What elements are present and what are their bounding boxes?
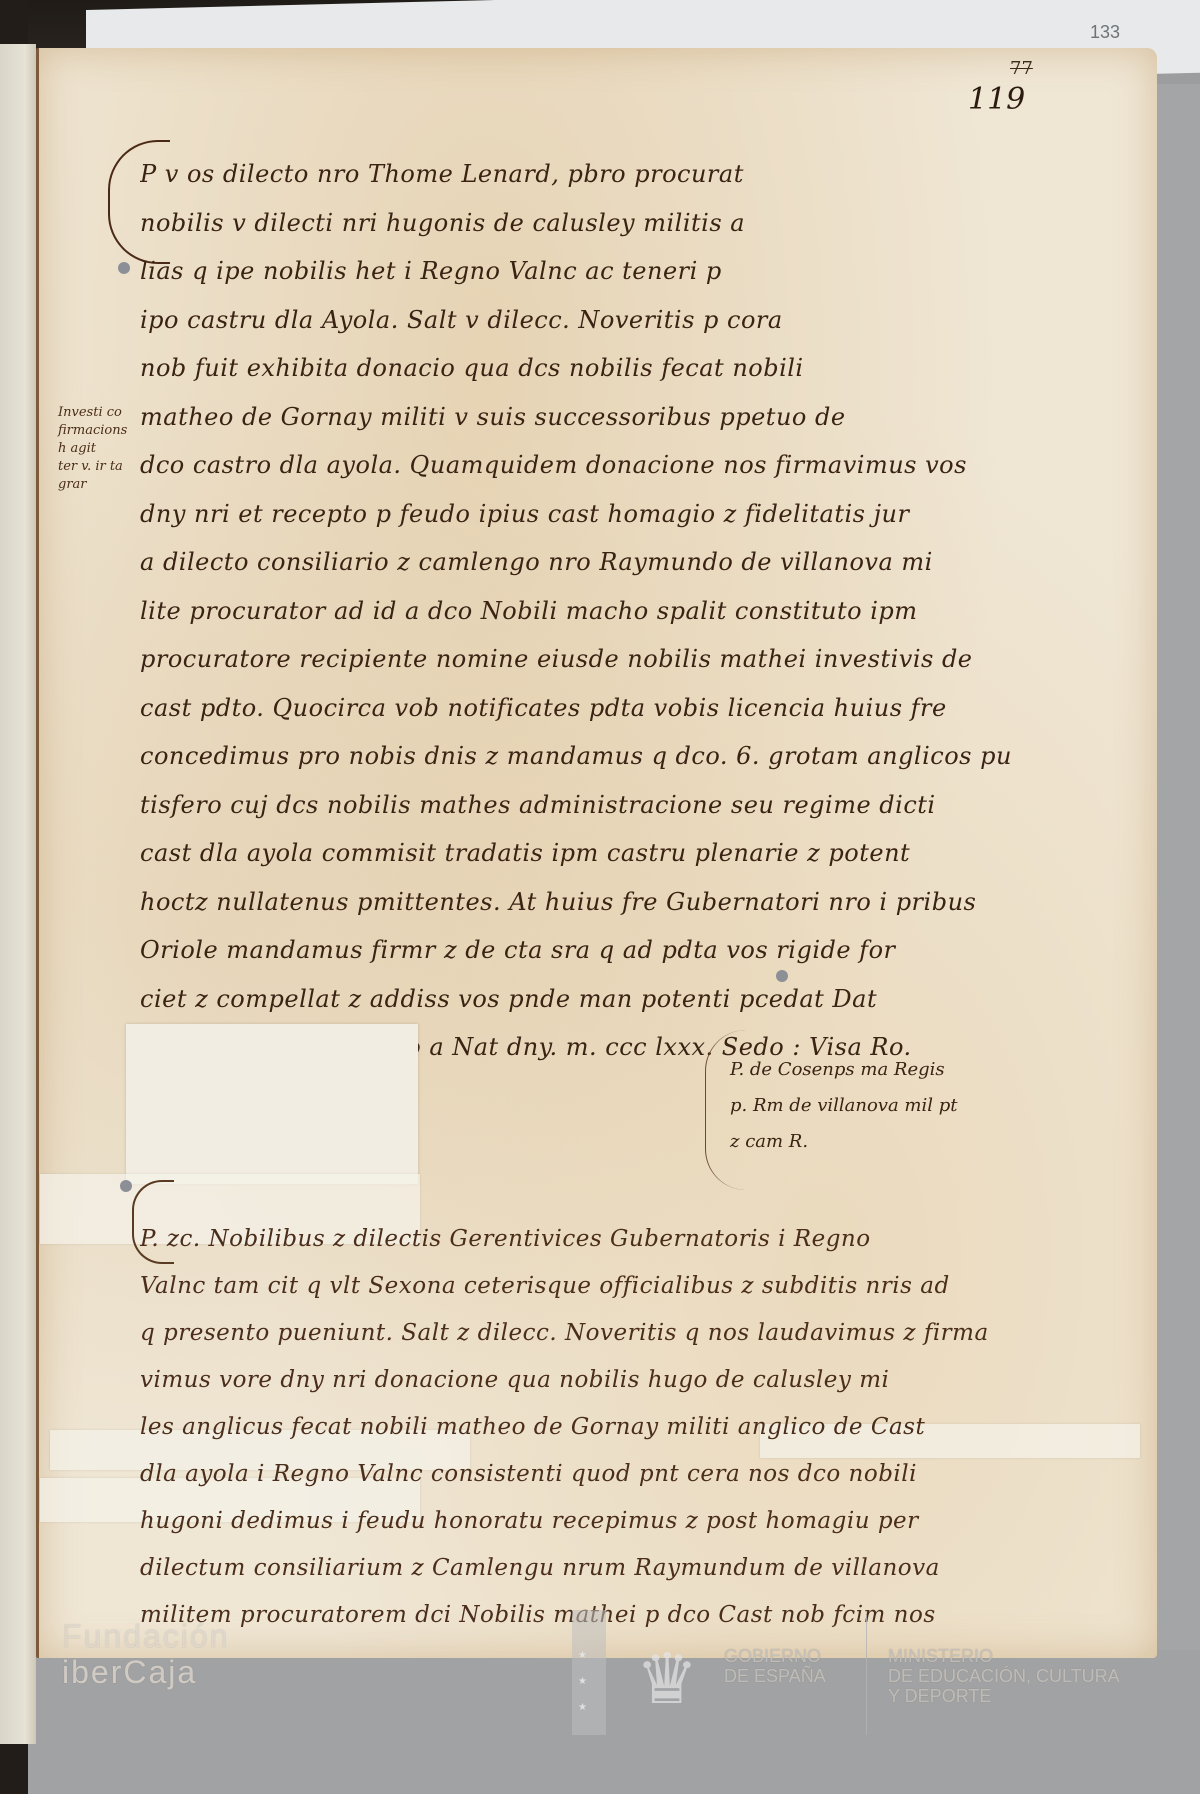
watermark-text: DE EDUCACIÓN, CULTURA	[888, 1666, 1120, 1686]
text-line: dco castro dla ayola. Quamquidem donacio…	[140, 441, 1040, 490]
watermark-gobierno: GOBIERNO DE ESPAÑA	[724, 1646, 826, 1686]
watermark-text: Fundación	[62, 1618, 229, 1654]
marginal-note-line: ter v. ir ta	[58, 458, 148, 476]
second-text-block: P. zc. Nobilibus z dilectis Gerentivices…	[140, 1216, 1040, 1639]
text-line: hugoni dedimus i feudu honoratu recepimu…	[140, 1498, 1040, 1545]
marginal-note-line: grar	[58, 476, 148, 494]
watermark-divider	[866, 1615, 867, 1735]
watermark-ministerio: MINISTERIO DE EDUCACIÓN, CULTURA Y DEPOR…	[888, 1646, 1120, 1706]
text-line: ipo castru dla Ayola. Salt v dilecc. Nov…	[140, 296, 1040, 345]
worm-hole	[118, 262, 130, 274]
marginal-note-line: Investi co	[58, 404, 148, 422]
text-line: les anglicus fecat nobili matheo de Gorn…	[140, 1404, 1040, 1451]
watermark-text: MINISTERIO	[888, 1646, 1120, 1666]
text-line: a dilecto consiliario z camlengo nro Ray…	[140, 538, 1040, 587]
text-line: P. zc. Nobilibus z dilectis Gerentivices…	[140, 1216, 1040, 1263]
star-icon: ★	[578, 1676, 587, 1687]
text-line: matheo de Gornay militi v suis successor…	[140, 393, 1040, 442]
paper-repair-patch	[126, 1024, 418, 1184]
marginal-note-line: h agit	[58, 440, 148, 458]
watermark-text: DE ESPAÑA	[724, 1666, 826, 1686]
coat-of-arms-icon: ♛	[622, 1625, 712, 1733]
text-line: dilectum consiliarium z Camlengu nrum Ra…	[140, 1545, 1040, 1592]
folio-number: 119	[968, 82, 1025, 117]
text-line: cast pdto. Quocirca vob notificates pdta…	[140, 684, 1040, 733]
text-line: dny nri et recepto p feudo ipius cast ho…	[140, 490, 1040, 539]
watermark-text: iberCaja	[62, 1654, 229, 1690]
signature-line: p. Rm de villanova mil pt	[730, 1088, 958, 1124]
watermark-fundacion-ibercaja: Fundación iberCaja	[62, 1618, 229, 1690]
text-line: q presento pueniunt. Salt z dilecc. Nove…	[140, 1310, 1040, 1357]
text-line: tisfero cuj dcs nobilis mathes administr…	[140, 781, 1040, 830]
signature-line: z cam R.	[730, 1124, 958, 1160]
watermark-text: GOBIERNO	[724, 1646, 826, 1666]
text-line: lias q ipe nobilis het i Regno Valnc ac …	[140, 247, 1040, 296]
folio-number-crossed: 77	[1010, 58, 1033, 79]
text-line: vimus vore dny nri donacione qua nobilis…	[140, 1357, 1040, 1404]
star-icon: ★	[578, 1702, 587, 1713]
previous-leaf-edge	[0, 44, 36, 1744]
text-line: concedimus pro nobis dnis z mandamus q d…	[140, 732, 1040, 781]
text-line: ciet z compellat z addiss vos pnde man p…	[140, 975, 1040, 1024]
text-line: hoctz nullatenus pmittentes. At huius fr…	[140, 878, 1040, 927]
star-icon: ★	[578, 1650, 587, 1661]
marginal-note: Investi co firmacions h agit ter v. ir t…	[58, 404, 148, 494]
worm-hole	[776, 970, 788, 982]
text-line: cast dla ayola commisit tradatis ipm cas…	[140, 829, 1040, 878]
signature-line: P. de Cosenps ma Regis	[730, 1052, 958, 1088]
main-text-block: P v os dilecto nro Thome Lenard, pbro pr…	[140, 150, 1040, 1072]
watermark-text: Y DEPORTE	[888, 1686, 1120, 1706]
text-line: P v os dilecto nro Thome Lenard, pbro pr…	[140, 150, 1040, 199]
marginal-note-line: firmacions	[58, 422, 148, 440]
signature-block: P. de Cosenps ma Regis p. Rm de villanov…	[730, 1052, 958, 1160]
text-line: Valnc tam cit q vlt Sexona ceterisque of…	[140, 1263, 1040, 1310]
text-line: procuratore recipiente nomine eiusde nob…	[140, 635, 1040, 684]
watermark-flag-bar	[572, 1610, 606, 1735]
text-line: nobilis v dilecti nri hugonis de calusle…	[140, 199, 1040, 248]
text-line: dla ayola i Regno Valnc consistenti quod…	[140, 1451, 1040, 1498]
text-line: lite procurator ad id a dco Nobili macho…	[140, 587, 1040, 636]
text-line: Oriole mandamus firmr z de cta sra q ad …	[140, 926, 1040, 975]
worm-hole	[120, 1180, 132, 1192]
archive-shelfmark: 133	[1090, 22, 1120, 43]
text-line: nob fuit exhibita donacio qua dcs nobili…	[140, 344, 1040, 393]
